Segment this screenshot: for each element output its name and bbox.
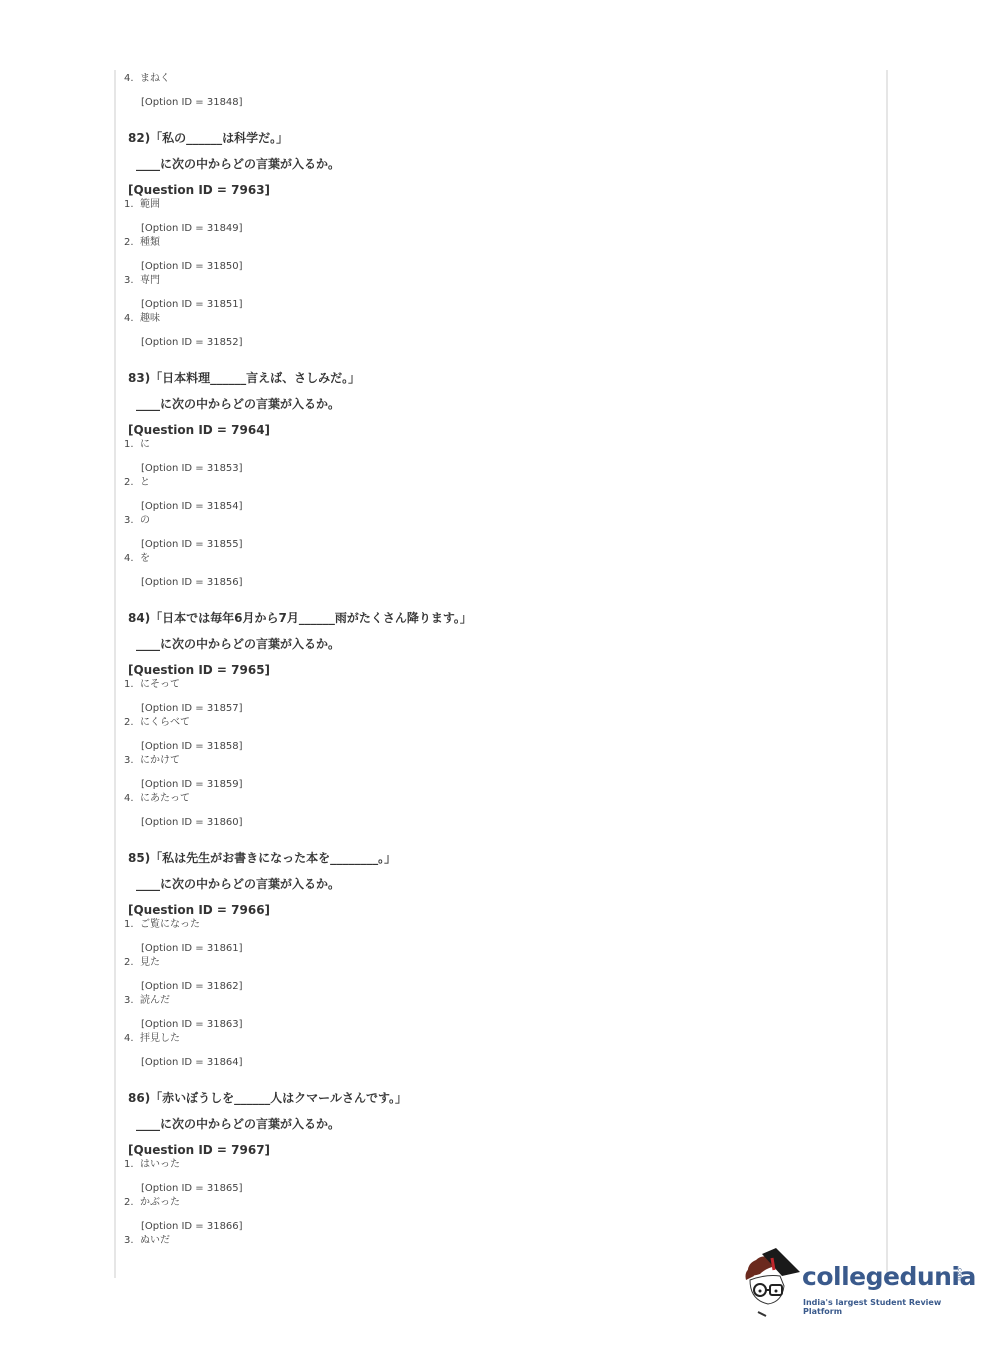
option-text: にあたって	[140, 793, 190, 804]
option-text: 読んだ	[140, 995, 170, 1006]
option-text: 専門	[140, 275, 160, 286]
option-row: 2.にくらべて	[124, 716, 864, 730]
option-text: 拝見した	[140, 1033, 180, 1044]
question-instruction: ____に次の中からどの言葉が入るか。	[124, 636, 864, 652]
question-title: 86)「赤いぼうしを______人はクマールさんです。」	[124, 1090, 864, 1106]
option-row: 1.にそって	[124, 678, 864, 692]
option-number: 1.	[124, 678, 140, 692]
option-number: 1.	[124, 198, 140, 212]
option-row: 3.読んだ	[124, 994, 864, 1008]
option-row: 2.かぶった	[124, 1196, 864, 1210]
question-instruction: ____に次の中からどの言葉が入るか。	[124, 156, 864, 172]
option-id: [Option ID = 31858]	[124, 740, 864, 754]
option-number: 4.	[124, 72, 140, 86]
question-84: 84)「日本では毎年6月から7月______雨がたくさん降ります。」 ____に…	[124, 610, 864, 830]
option-number: 3.	[124, 514, 140, 528]
option-number: 4.	[124, 552, 140, 566]
option-number: 1.	[124, 438, 140, 452]
option-id: [Option ID = 31866]	[124, 1220, 864, 1234]
option-id: [Option ID = 31862]	[124, 980, 864, 994]
option-id: [Option ID = 31865]	[124, 1182, 864, 1196]
option-number: 1.	[124, 1158, 140, 1172]
option-id: [Option ID = 31856]	[124, 576, 864, 590]
option-row: 4.拝見した	[124, 1032, 864, 1046]
question-85: 85)「私は先生がお書きになった本を________。」 ____に次の中からど…	[124, 850, 864, 1070]
option-id: [Option ID = 31854]	[124, 500, 864, 514]
mascot-icon	[742, 1246, 802, 1322]
option-row: 1.はいった	[124, 1158, 864, 1172]
option-id: [Option ID = 31857]	[124, 702, 864, 716]
option-number: 2.	[124, 1196, 140, 1210]
option-text: を	[140, 553, 150, 564]
option-number: 2.	[124, 236, 140, 250]
option-number: 1.	[124, 918, 140, 932]
option-row: 3.にかけて	[124, 754, 864, 768]
question-paper: 4.まねく [Option ID = 31848] 82)「私の______は科…	[124, 72, 864, 1248]
option-number: 2.	[124, 956, 140, 970]
option-id: [Option ID = 31860]	[124, 816, 864, 830]
option-row: 4.まねく	[124, 72, 864, 86]
logo-wordmark: collegedunia	[802, 1262, 976, 1291]
option-id: [Option ID = 31863]	[124, 1018, 864, 1032]
option-id: [Option ID = 31864]	[124, 1056, 864, 1070]
question-id: [Question ID = 7967]	[124, 1142, 864, 1158]
option-number: 3.	[124, 1234, 140, 1248]
question-title: 84)「日本では毎年6月から7月______雨がたくさん降ります。」	[124, 610, 864, 626]
option-id: [Option ID = 31850]	[124, 260, 864, 274]
option-text: 種類	[140, 237, 160, 248]
option-number: 2.	[124, 476, 140, 490]
option-id: [Option ID = 31848]	[124, 96, 864, 110]
option-number: 4.	[124, 792, 140, 806]
question-86: 86)「赤いぼうしを______人はクマールさんです。」 ____に次の中からど…	[124, 1090, 864, 1248]
option-id: [Option ID = 31849]	[124, 222, 864, 236]
option-row: 2.と	[124, 476, 864, 490]
option-text: 範囲	[140, 199, 160, 210]
question-instruction: ____に次の中からどの言葉が入るか。	[124, 876, 864, 892]
question-title: 83)「日本料理______言えば、さしみだ。」	[124, 370, 864, 386]
option-text: 趣味	[140, 313, 160, 324]
option-id: [Option ID = 31859]	[124, 778, 864, 792]
option-text: はいった	[140, 1159, 180, 1170]
option-text: の	[140, 515, 150, 526]
question-id: [Question ID = 7966]	[124, 902, 864, 918]
logo-tagline: India's largest Student Review Platform	[803, 1298, 972, 1316]
collegedunia-logo: collegedunia .com India's largest Studen…	[742, 1246, 972, 1322]
option-row: 3.の	[124, 514, 864, 528]
option-text: まねく	[140, 73, 170, 84]
option-row: 4.を	[124, 552, 864, 566]
option-text: と	[140, 477, 150, 488]
option-text: にくらべて	[140, 717, 190, 728]
option-number: 4.	[124, 312, 140, 326]
option-row: 2.見た	[124, 956, 864, 970]
option-number: 3.	[124, 994, 140, 1008]
option-number: 3.	[124, 274, 140, 288]
option-text: ご覧になった	[140, 919, 200, 930]
option-text: に	[140, 439, 150, 450]
option-text: かぶった	[140, 1197, 180, 1208]
question-title: 82)「私の______は科学だ。」	[124, 130, 864, 146]
question-id: [Question ID = 7965]	[124, 662, 864, 678]
option-id: [Option ID = 31861]	[124, 942, 864, 956]
option-number: 2.	[124, 716, 140, 730]
option-id: [Option ID = 31852]	[124, 336, 864, 350]
option-row: 2.種類	[124, 236, 864, 250]
question-id: [Question ID = 7963]	[124, 182, 864, 198]
question-instruction: ____に次の中からどの言葉が入るか。	[124, 396, 864, 412]
question-83: 83)「日本料理______言えば、さしみだ。」 ____に次の中からどの言葉が…	[124, 370, 864, 590]
option-id: [Option ID = 31853]	[124, 462, 864, 476]
option-row: 3.専門	[124, 274, 864, 288]
option-row: 4.にあたって	[124, 792, 864, 806]
option-text: ぬいだ	[140, 1235, 170, 1246]
option-text: にそって	[140, 679, 180, 690]
option-id: [Option ID = 31851]	[124, 298, 864, 312]
option-text: 見た	[140, 957, 160, 968]
question-title: 85)「私は先生がお書きになった本を________。」	[124, 850, 864, 866]
question-82: 82)「私の______は科学だ。」 ____に次の中からどの言葉が入るか。 […	[124, 130, 864, 350]
option-text: にかけて	[140, 755, 180, 766]
option-number: 3.	[124, 754, 140, 768]
option-number: 4.	[124, 1032, 140, 1046]
option-row: 1.に	[124, 438, 864, 452]
option-row: 1.範囲	[124, 198, 864, 212]
question-id: [Question ID = 7964]	[124, 422, 864, 438]
logo-suffix: .com	[956, 1266, 963, 1281]
option-row: 1.ご覧になった	[124, 918, 864, 932]
option-row: 4.趣味	[124, 312, 864, 326]
question-instruction: ____に次の中からどの言葉が入るか。	[124, 1116, 864, 1132]
option-id: [Option ID = 31855]	[124, 538, 864, 552]
